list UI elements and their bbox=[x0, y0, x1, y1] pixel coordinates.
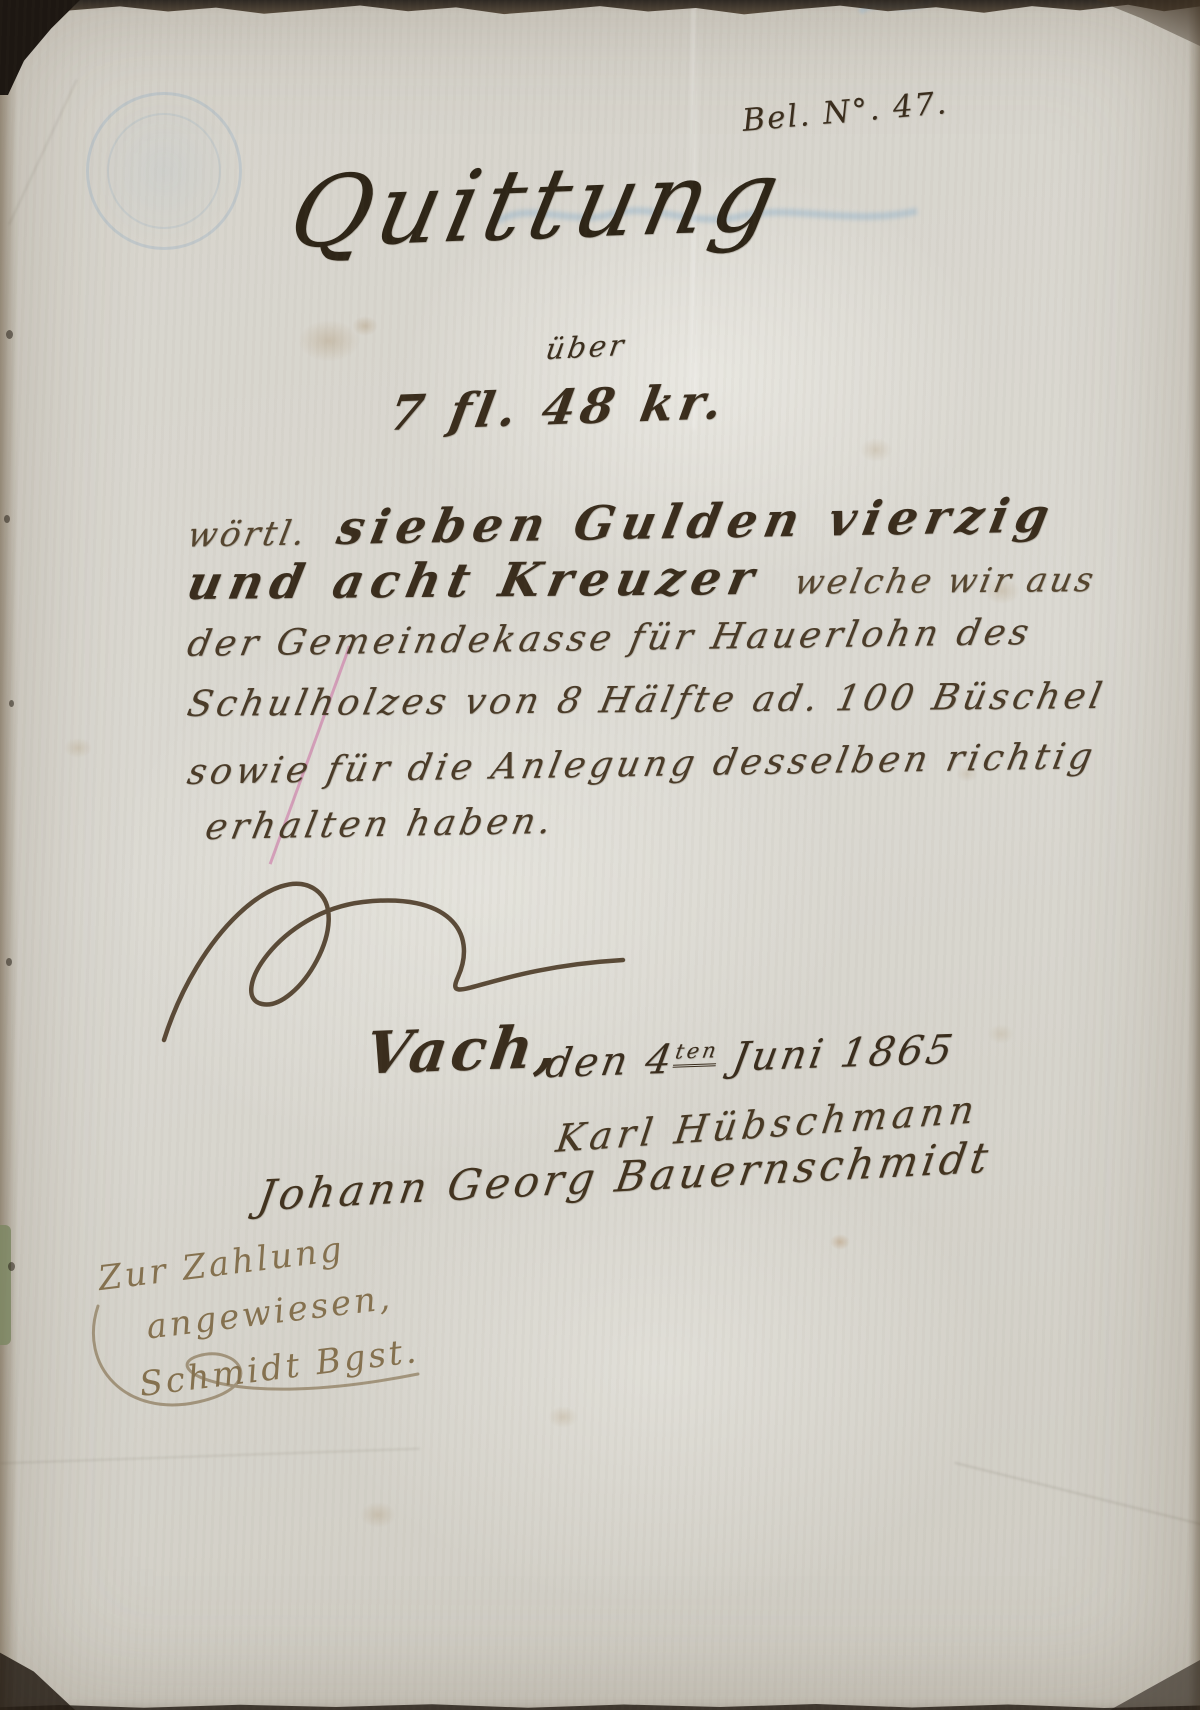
body-line-3: der Gemeindekasse für Hauerlohn des bbox=[188, 612, 1033, 665]
punch-hole bbox=[9, 700, 14, 707]
stain bbox=[830, 1234, 850, 1250]
subtitle-ueber: über bbox=[543, 328, 629, 367]
body-line-5: sowie für die Anlegung desselben richtig bbox=[188, 736, 1096, 793]
torn-corner-top-left bbox=[0, 0, 80, 95]
body-line-6: erhalten haben. bbox=[206, 801, 555, 848]
body-line-6-text: erhalten haben. bbox=[202, 801, 559, 848]
crease bbox=[0, 1448, 420, 1465]
body-line-4: Schulholzes von 8 Hälfte ad. 100 Büschel bbox=[188, 676, 1105, 725]
stain bbox=[548, 1406, 578, 1428]
stain bbox=[298, 320, 360, 362]
torn-corner-bottom-right bbox=[1110, 1660, 1200, 1710]
torn-edge-left bbox=[0, 0, 18, 1710]
crease bbox=[954, 1462, 1200, 1537]
punch-hole bbox=[6, 958, 12, 966]
body-line-5-text: sowie für die Anlegung desselben richtig bbox=[184, 736, 1100, 793]
torn-edge-bottom bbox=[0, 1700, 1200, 1710]
docket-number: Bel. N°. 47. bbox=[741, 85, 950, 139]
date-prefix: den 4 bbox=[542, 1037, 678, 1088]
punch-hole bbox=[8, 1262, 15, 1271]
body-line-3-text: der Gemeindekasse für Hauerlohn des bbox=[184, 612, 1036, 665]
date-ordinal: ten bbox=[673, 1038, 721, 1068]
stain bbox=[352, 316, 378, 336]
green-paper-sliver bbox=[0, 1225, 11, 1345]
place-name: Vach, bbox=[361, 1012, 565, 1087]
crease bbox=[8, 79, 77, 225]
scanned-receipt: Bel. N°. 47. Quittung über 7 fl. 48 kr. … bbox=[0, 0, 1200, 1710]
torn-edge-right bbox=[1188, 0, 1200, 1710]
torn-edge-top bbox=[0, 0, 1200, 16]
amount-figures: 7 fl. 48 kr. bbox=[385, 374, 732, 442]
receipt-title: Quittung bbox=[280, 139, 795, 271]
amount-words-2: und acht Kreuzer bbox=[182, 551, 765, 611]
stain bbox=[988, 1024, 1014, 1044]
paper-sheet: Bel. N°. 47. Quittung über 7 fl. 48 kr. … bbox=[0, 0, 1200, 1710]
punch-hole bbox=[4, 515, 10, 523]
body-line-1: wörtl. sieben Gulden vierzig bbox=[188, 488, 1056, 558]
date-month-year: Juni 1865 bbox=[713, 1027, 959, 1082]
body-line-2-rest: welche wir aus bbox=[791, 560, 1100, 603]
stain bbox=[360, 1502, 396, 1528]
punch-hole bbox=[6, 330, 13, 339]
stain bbox=[860, 438, 892, 462]
stain bbox=[64, 738, 92, 758]
body-prefix: wörtl. bbox=[184, 513, 311, 555]
embossed-stamp bbox=[86, 92, 242, 250]
annotation-flourish bbox=[86, 1300, 426, 1430]
body-line-4-text: Schulholzes von 8 Hälfte ad. 100 Büschel bbox=[184, 676, 1109, 725]
body-line-2: und acht Kreuzer welche wir aus bbox=[188, 548, 1096, 611]
amount-words-1: sieben Gulden vierzig bbox=[333, 488, 1061, 556]
